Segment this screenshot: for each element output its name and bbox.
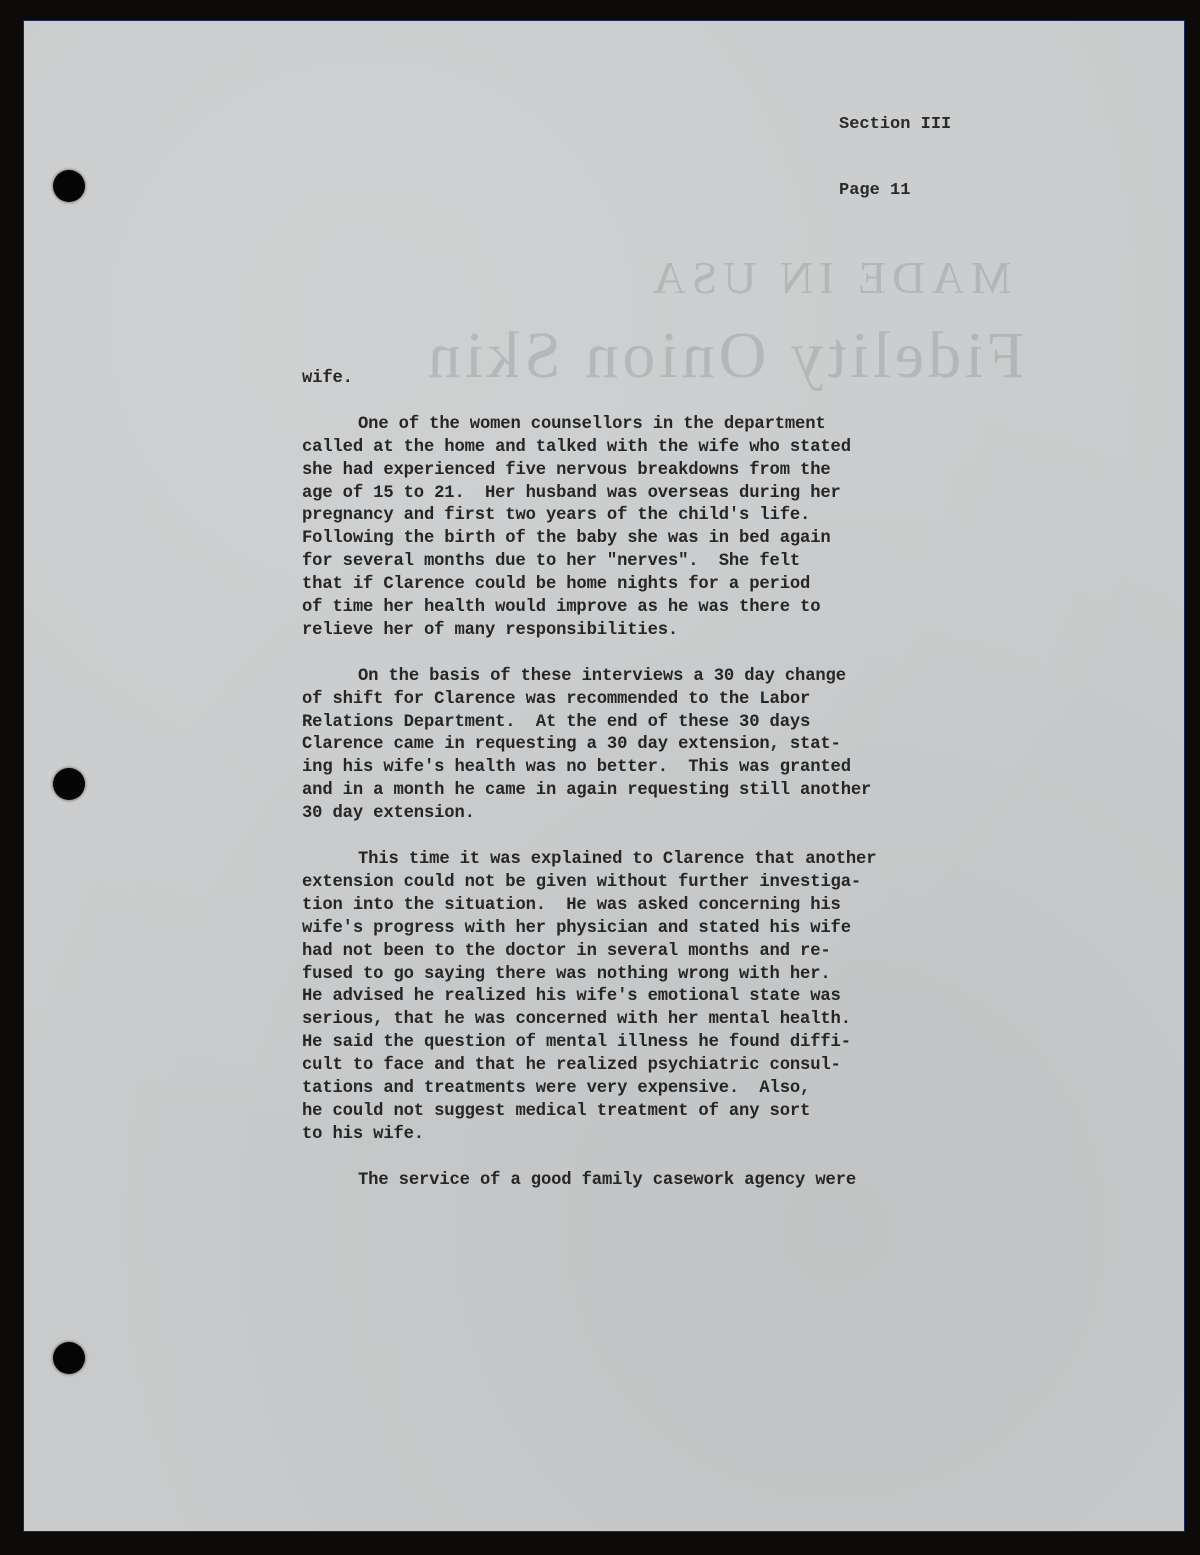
paragraph: The service of a good family casework ag… xyxy=(302,1170,1002,1193)
watermark-line-1: MADE IN USA xyxy=(324,251,1200,304)
text-line: He said the question of mental illness h… xyxy=(302,1032,1002,1055)
text-line: of shift for Clarence was recommended to… xyxy=(302,689,1002,712)
text-line: This time it was explained to Clarence t… xyxy=(302,849,1002,872)
text-line: tations and treatments were very expensi… xyxy=(302,1078,1002,1101)
text-line: for several months due to her "nerves". … xyxy=(302,551,1002,574)
text-line: wife's progress with her physician and s… xyxy=(302,918,1002,941)
text-line: The service of a good family casework ag… xyxy=(302,1170,1002,1193)
text-line: that if Clarence could be home nights fo… xyxy=(302,574,1002,597)
text-line: called at the home and talked with the w… xyxy=(302,437,1002,460)
text-line: relieve her of many responsibilities. xyxy=(302,620,1002,643)
text-line: age of 15 to 21. Her husband was oversea… xyxy=(302,483,1002,506)
text-line: ing his wife's health was no better. Thi… xyxy=(302,757,1002,780)
paragraph: One of the women counsellors in the depa… xyxy=(302,414,1002,643)
text-line: cult to face and that he realized psychi… xyxy=(302,1055,1002,1078)
page-header: Section III Page 11 xyxy=(839,70,951,224)
paragraph: wife. xyxy=(302,368,1002,391)
text-line: serious, that he was concerned with her … xyxy=(302,1009,1002,1032)
text-line: he could not suggest medical treatment o… xyxy=(302,1101,1002,1124)
text-line: and in a month he came in again requesti… xyxy=(302,780,1002,803)
text-line: tion into the situation. He was asked co… xyxy=(302,895,1002,918)
text-line: On the basis of these interviews a 30 da… xyxy=(302,666,1002,689)
text-line: she had experienced five nervous breakdo… xyxy=(302,460,1002,483)
text-line: had not been to the doctor in several mo… xyxy=(302,941,1002,964)
text-line: fused to go saying there was nothing wro… xyxy=(302,964,1002,987)
text-line: pregnancy and first two years of the chi… xyxy=(302,505,1002,528)
text-line: One of the women counsellors in the depa… xyxy=(302,414,1002,437)
text-line: to his wife. xyxy=(302,1124,1002,1147)
text-line: wife. xyxy=(302,368,1002,391)
punch-hole-bottom xyxy=(53,1342,85,1374)
text-line: Relations Department. At the end of thes… xyxy=(302,712,1002,735)
text-line: He advised he realized his wife's emotio… xyxy=(302,986,1002,1009)
text-line: Following the birth of the baby she was … xyxy=(302,528,1002,551)
text-line: of time her health would improve as he w… xyxy=(302,597,1002,620)
punch-hole-top xyxy=(53,170,85,202)
paragraph: On the basis of these interviews a 30 da… xyxy=(302,666,1002,826)
text-line: Clarence came in requesting a 30 day ext… xyxy=(302,734,1002,757)
section-label: Section III xyxy=(839,114,951,136)
page-number: Page 11 xyxy=(839,180,951,202)
text-line: 30 day extension. xyxy=(302,803,1002,826)
document-body: wife.One of the women counsellors in the… xyxy=(302,368,1002,1215)
text-line: extension could not be given without fur… xyxy=(302,872,1002,895)
paragraph: This time it was explained to Clarence t… xyxy=(302,849,1002,1147)
punch-hole-middle xyxy=(53,768,85,800)
